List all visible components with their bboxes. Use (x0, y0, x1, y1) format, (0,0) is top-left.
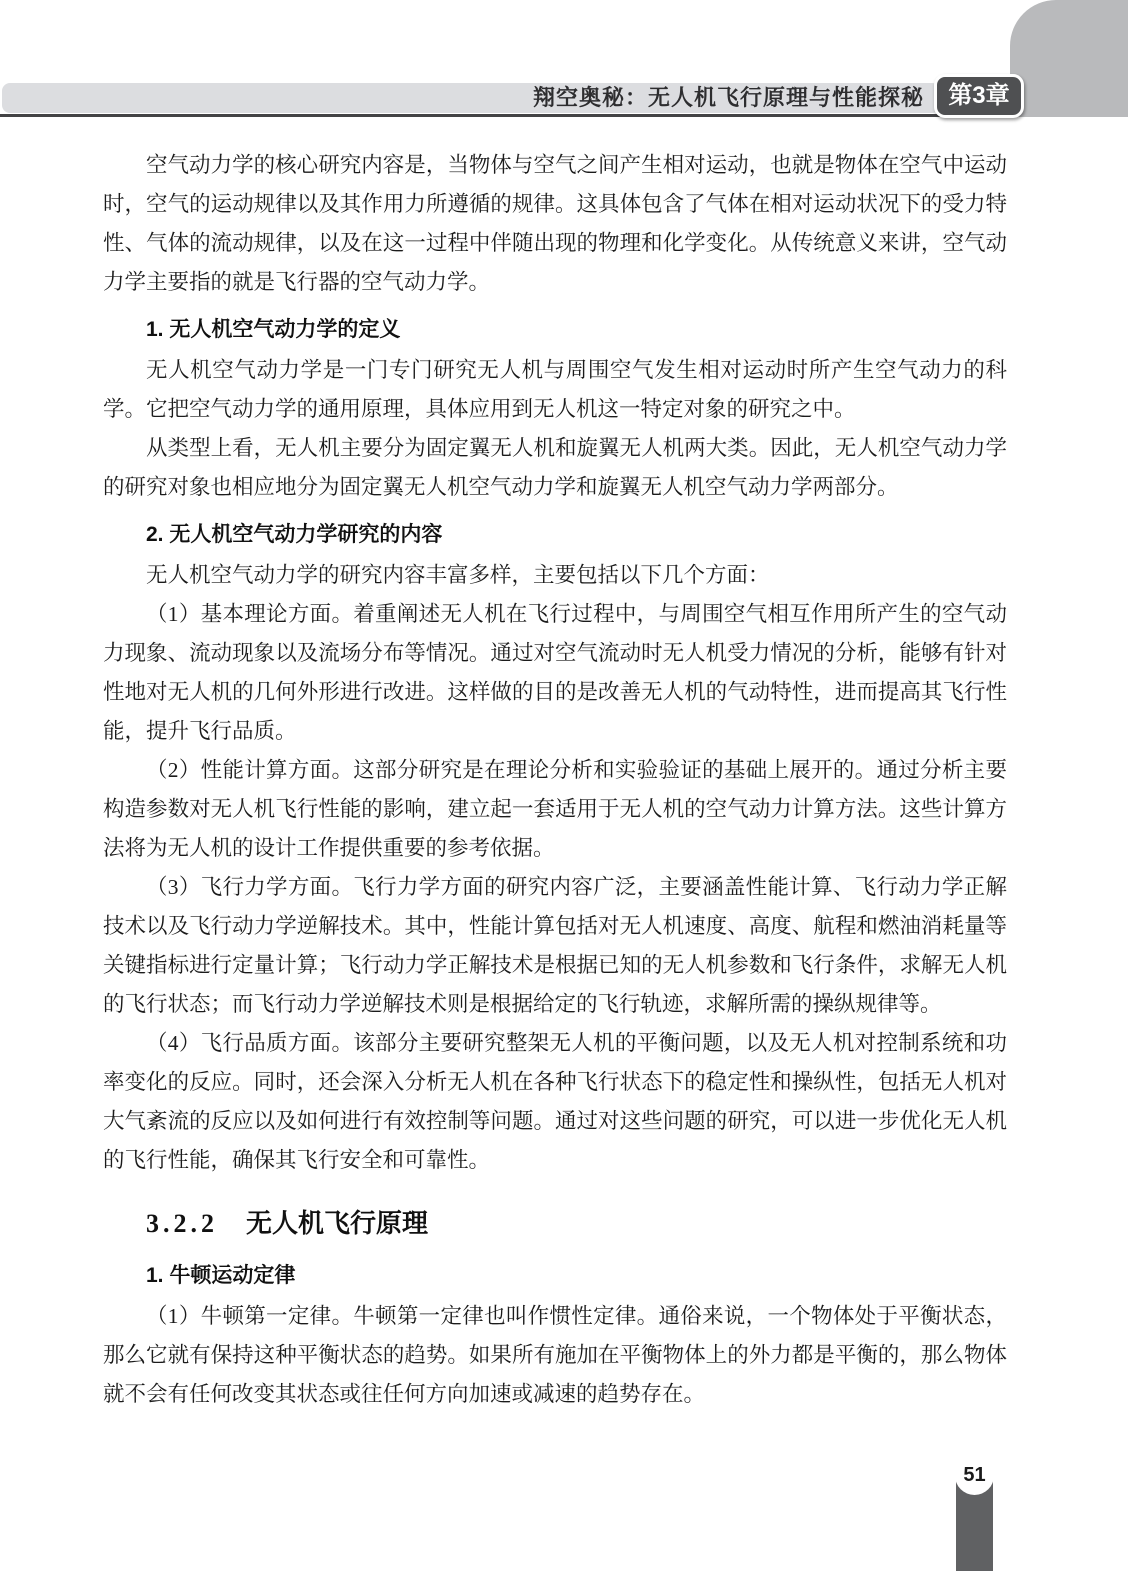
section-title: 无人机飞行原理 (246, 1209, 428, 1238)
section-number: 3.2.2 (146, 1209, 218, 1238)
page-number: 51 (955, 1456, 994, 1495)
section-heading: 3.2.2无人机飞行原理 (103, 1204, 1007, 1244)
paragraph: （2）性能计算方面。这部分研究是在理论分析和实验验证的基础上展开的。通过分析主要… (103, 751, 1007, 868)
header-rule (0, 114, 1011, 117)
paragraph: （1）牛顿第一定律。牛顿第一定律也叫作惯性定律。通俗来说，一个物体处于平衡状态，… (103, 1297, 1007, 1414)
running-head-bar: 翔空奥秘：无人机飞行原理与性能探秘 (2, 83, 940, 113)
book-page: 翔空奥秘：无人机飞行原理与性能探秘 第3章 空气动力学的核心研究内容是，当物体与… (0, 0, 1128, 1571)
chapter-badge: 第3章 (934, 74, 1024, 118)
paragraph: 无人机空气动力学是一门专门研究无人机与周围空气发生相对运动时所产生空气动力的科学… (103, 351, 1007, 429)
paragraph: （1）基本理论方面。着重阐述无人机在飞行过程中，与周围空气相互作用所产生的空气动… (103, 595, 1007, 751)
paragraph: （3）飞行力学方面。飞行力学方面的研究内容广泛，主要涵盖性能计算、飞行动力学正解… (103, 868, 1007, 1024)
page-content: 空气动力学的核心研究内容是，当物体与空气之间产生相对运动，也就是物体在空气中运动… (103, 146, 1007, 1414)
paragraph: 从类型上看，无人机主要分为固定翼无人机和旋翼无人机两大类。因此，无人机空气动力学… (103, 429, 1007, 507)
paragraph: 空气动力学的核心研究内容是，当物体与空气之间产生相对运动，也就是物体在空气中运动… (103, 146, 1007, 302)
paragraph: （4）飞行品质方面。该部分主要研究整架无人机的平衡问题，以及无人机对控制系统和功… (103, 1024, 1007, 1180)
subsection-heading: 1. 牛顿运动定律 (103, 1256, 1007, 1295)
subsection-heading: 2. 无人机空气动力学研究的内容 (103, 515, 1007, 554)
book-title: 翔空奥秘：无人机飞行原理与性能探秘 (533, 83, 940, 113)
paragraph: 无人机空气动力学的研究内容丰富多样，主要包括以下几个方面： (103, 556, 1007, 595)
subsection-heading: 1. 无人机空气动力学的定义 (103, 310, 1007, 349)
corner-decoration (1010, 0, 1128, 117)
